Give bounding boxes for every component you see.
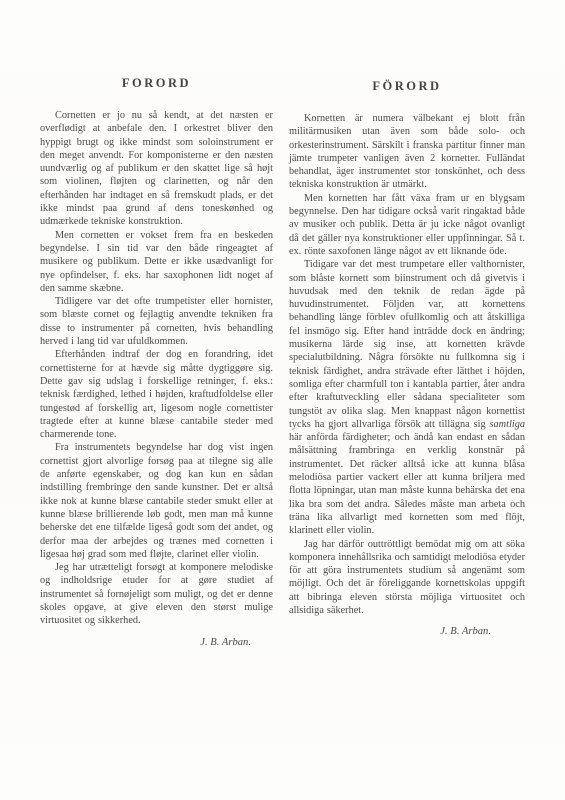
foreword-text-swedish: Kornetten är numera välbekant ej blott f… — [289, 112, 525, 617]
paragraph: Jeg har utrætteligt forsøgt at komponere… — [40, 561, 273, 627]
paragraph: Jag har därför outtröttligt bemödat mig … — [289, 538, 525, 618]
paragraph: Efterhånden indtraf der dog en forandrin… — [40, 348, 273, 441]
column-swedish: FÖRORD Kornetten är numera välbekant ej … — [289, 79, 525, 637]
paragraph: Kornetten är numera välbekant ej blott f… — [289, 112, 525, 192]
paragraph: Men cornetten er vokset frem fra en besk… — [40, 229, 273, 295]
column-danish: FORORD Cornetten er jo nu så kendt, at d… — [40, 76, 273, 648]
foreword-text-danish: Cornetten er jo nu så kendt, at det næst… — [40, 109, 273, 628]
author-signature-swedish: J. B. Arban. — [289, 626, 525, 637]
author-signature-danish: J. B. Arban. — [40, 637, 273, 648]
foreword-heading-danish: FORORD — [40, 76, 273, 91]
book-page: FORORD Cornetten er jo nu så kendt, at d… — [0, 0, 565, 800]
paragraph: Tidigare var det mest trumpetare eller v… — [289, 258, 525, 537]
foreword-heading-swedish: FÖRORD — [289, 79, 525, 94]
paragraph: Cornetten er jo nu så kendt, at det næst… — [40, 109, 273, 229]
paragraph: Tidligere var det ofte trumpetister elle… — [40, 295, 273, 348]
paragraph: Fra instrumentets begyndelse har dog vis… — [40, 441, 273, 561]
paragraph: Men kornetten har fått växa fram ur en b… — [289, 192, 525, 258]
